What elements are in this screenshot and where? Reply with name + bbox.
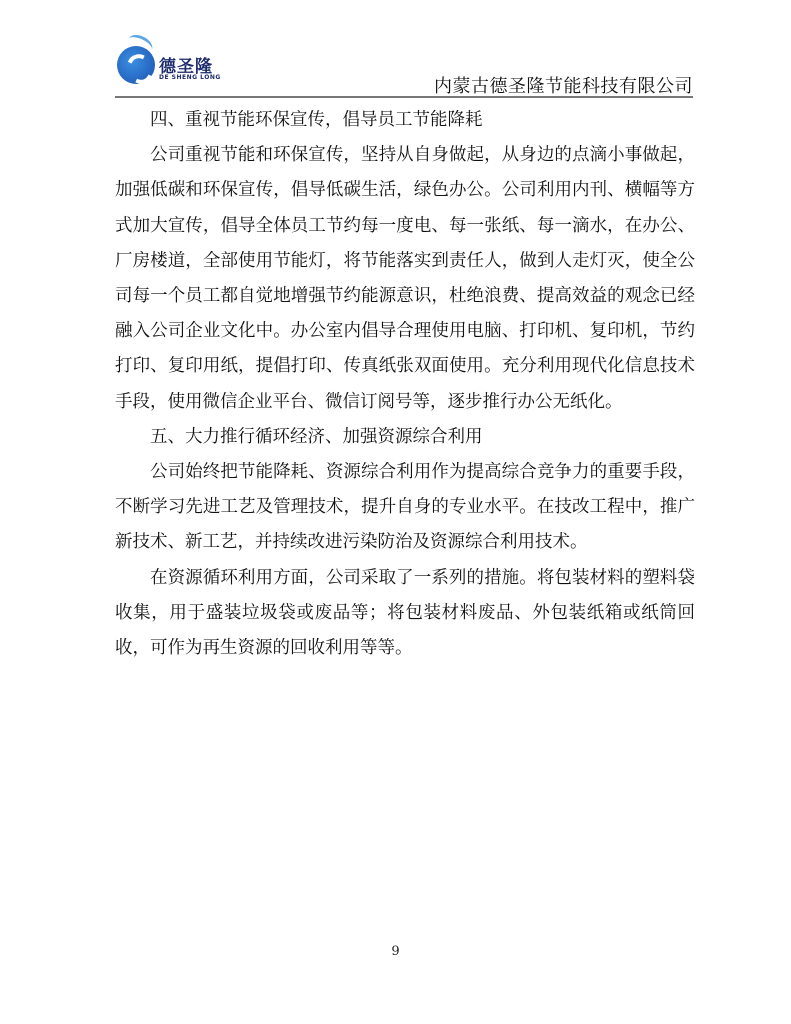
section-heading-5: 五、大力推行循环经济、加强资源综合利用 — [115, 420, 695, 455]
company-name: 内蒙古德圣隆节能科技有限公司 — [434, 72, 693, 98]
page-header: 德圣隆 DE SHENG LONG 内蒙古德圣隆节能科技有限公司 — [115, 30, 693, 98]
dragon-logo-icon — [117, 46, 155, 84]
page-number: 9 — [0, 944, 791, 959]
paragraph: 公司始终把节能降耗、资源综合利用作为提高综合竞争力的重要手段，不断学习先进工艺及… — [115, 455, 695, 561]
section-heading-4: 四、重视节能环保宣传，倡导员工节能降耗 — [115, 103, 695, 138]
document-body: 四、重视节能环保宣传，倡导员工节能降耗 公司重视节能和环保宣传，坚持从自身做起，… — [115, 103, 695, 666]
paragraph: 公司重视节能和环保宣传，坚持从自身做起，从身边的点滴小事做起，加强低碳和环保宣传… — [115, 138, 695, 420]
company-logo: 德圣隆 DE SHENG LONG — [117, 38, 227, 90]
header-divider — [115, 96, 693, 98]
paragraph: 在资源循环利用方面，公司采取了一系列的措施。将包装材料的塑料袋收集，用于盛装垃圾… — [115, 561, 695, 667]
logo-english-text: DE SHENG LONG — [159, 74, 221, 81]
